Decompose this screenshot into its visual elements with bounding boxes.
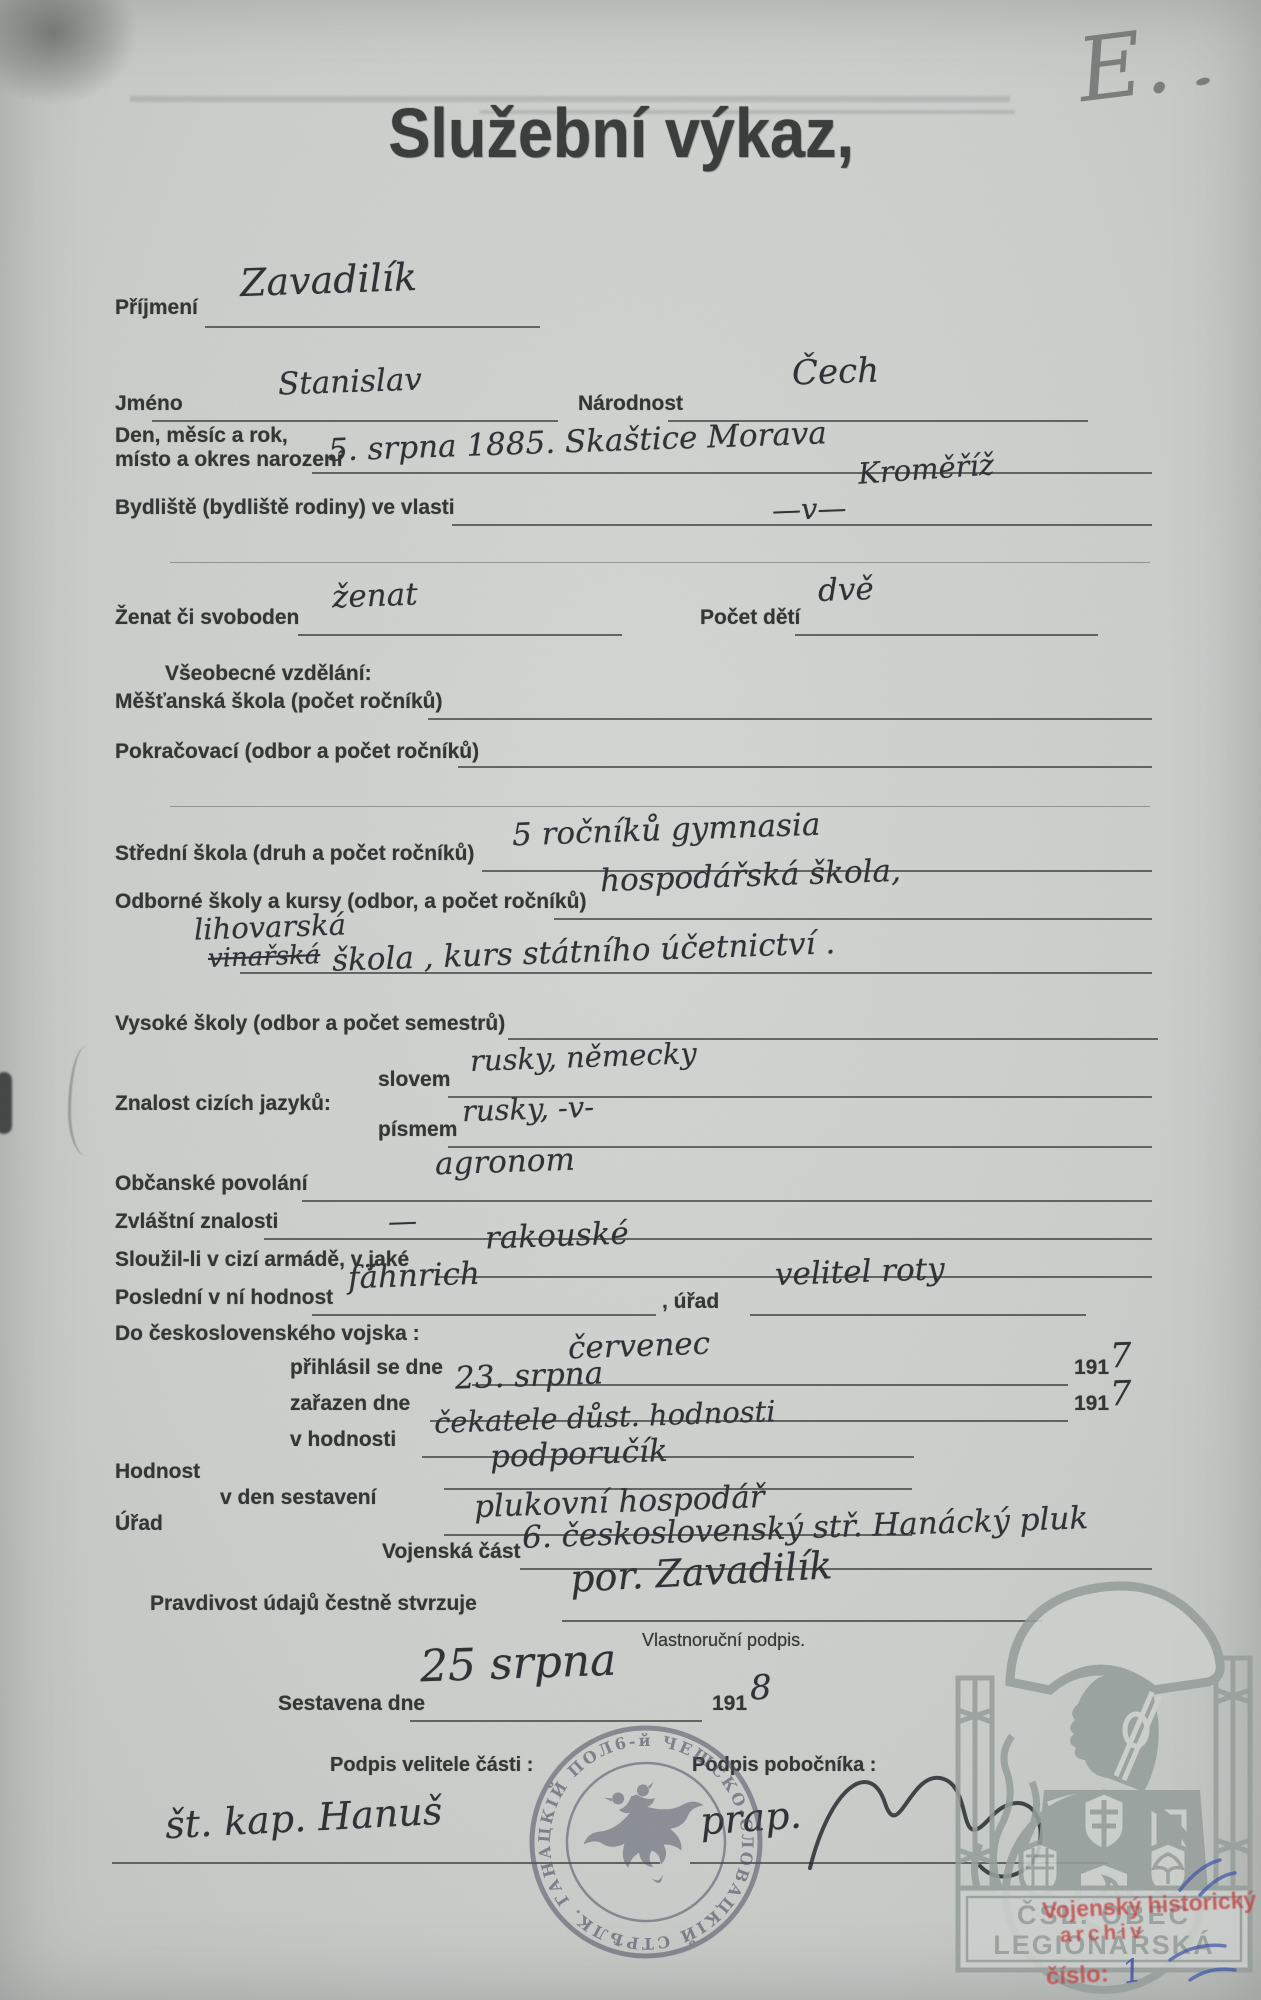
binding-mark bbox=[0, 1072, 12, 1134]
printed-year-prefix: 191 bbox=[1074, 1356, 1109, 1380]
field-label-v-den-sestaveni: v den sestavení bbox=[220, 1486, 376, 1510]
pencil-scratch-mark bbox=[68, 1046, 105, 1156]
pencil-period bbox=[1195, 76, 1210, 86]
blue-pen-marks bbox=[1150, 1830, 1260, 2000]
field-line-narozeni bbox=[312, 472, 1152, 474]
scanned-service-record-page: E. Služební výkaz, Příjmení Zavadilík Jm… bbox=[0, 0, 1261, 2000]
printed-year-prefix: 191 bbox=[1074, 1392, 1109, 1416]
handwritten-prijmeni: Zavadilík bbox=[239, 255, 417, 305]
field-label-vysoke: Vysoké školy (odbor a počet semestrů) bbox=[115, 1012, 505, 1036]
field-line-pokracovaci bbox=[458, 766, 1152, 768]
label-vlastnorucni-podpis: Vlastnoruční podpis. bbox=[642, 1630, 805, 1651]
field-line-posledni-hodnost bbox=[312, 1314, 656, 1316]
field-label-prihlasil: přihlásil se dne bbox=[290, 1356, 443, 1380]
handwritten-sestavena-datum: 25 srpna bbox=[419, 1635, 617, 1693]
handwritten-zenat: ženat bbox=[331, 577, 418, 616]
handwritten-v-hodnosti: čekatele důst. hodnosti bbox=[434, 1394, 777, 1440]
field-label-zvlastni: Zvláštní znalosti bbox=[115, 1210, 278, 1234]
ruled-line bbox=[170, 806, 1150, 807]
field-line-urad-inline bbox=[750, 1314, 1086, 1316]
field-label-znalost: Znalost cizích jazyků: bbox=[115, 1092, 331, 1116]
field-line-odborne bbox=[554, 918, 1152, 920]
field-label-vojenska-cast: Vojenská část bbox=[382, 1540, 521, 1564]
handwritten-odborne-1: hospodářská škola, bbox=[599, 853, 901, 899]
red-archive-stamp-cislo-label: číslo: bbox=[1045, 1960, 1109, 1991]
field-label-slovem: slovem bbox=[378, 1068, 450, 1092]
handwritten-urad-v-armade: velitel roty bbox=[774, 1251, 945, 1293]
corner-smudge-mark bbox=[0, 0, 136, 104]
handwritten-stredni: 5 ročníků gymnasia bbox=[511, 807, 820, 854]
handwritten-narodnost: Čech bbox=[791, 350, 879, 393]
field-line-povolani bbox=[302, 1200, 1152, 1202]
field-label-urad: Úřad bbox=[115, 1512, 163, 1536]
field-label-stredni: Střední škola (druh a počet ročníků) bbox=[115, 842, 474, 866]
field-label-urad-inline: , úřad bbox=[662, 1290, 719, 1314]
field-label-posledni-hodnost: Poslední v ní hodnost bbox=[115, 1286, 333, 1310]
handwritten-jmeno: Stanislav bbox=[277, 362, 422, 403]
pencil-archive-mark: E. bbox=[1072, 9, 1176, 122]
handwritten-year-digit: 8 bbox=[749, 1668, 772, 1709]
ruled-line bbox=[170, 562, 1150, 563]
section-label-do-vojska: Do československého vojska : bbox=[115, 1322, 420, 1346]
handwritten-posledni-hodnost: fähnrich bbox=[347, 1256, 480, 1297]
handwritten-povolani: agronom bbox=[434, 1142, 575, 1183]
section-label-vseobecne: Všeobecné vzdělání: bbox=[165, 662, 372, 686]
field-label-mestanska: Měšťanská škola (počet ročníků) bbox=[115, 690, 443, 714]
handwritten-commander-signature: št. kap. Hanuš bbox=[164, 1789, 443, 1847]
handwritten-narozeni: 5. srpna 1885. Skaštice Morava bbox=[328, 415, 828, 468]
field-label-narodnost: Národnost bbox=[578, 392, 683, 416]
field-label-odborne: Odborné školy a kursy (odbor, a počet ro… bbox=[115, 890, 586, 914]
field-label-pokracovaci: Pokračovací (odbor a počet ročníků) bbox=[115, 740, 479, 764]
regimental-round-stamp: 6-й ЧЕШСКО-СЛОВАЦКІЙ СТРѢЛК. ГАНАЦКІЙ ПО… bbox=[487, 1683, 805, 2000]
field-line-zenat bbox=[298, 634, 622, 636]
field-label-v-hodnosti: v hodnosti bbox=[290, 1428, 396, 1452]
handwritten-cizi-armada: rakouské bbox=[484, 1216, 629, 1257]
field-label-povolani: Občanské povolání bbox=[115, 1172, 308, 1196]
handwritten-hodnost: podporučík bbox=[489, 1433, 668, 1475]
page-title: Služební výkaz, bbox=[388, 94, 854, 173]
field-label-zarazen: zařazen dne bbox=[290, 1392, 410, 1416]
handwritten-okres: Kroměříž bbox=[857, 447, 995, 490]
field-label-pismem: písmem bbox=[378, 1118, 457, 1142]
field-line-prijmeni bbox=[205, 326, 540, 328]
field-line-odborne-2 bbox=[240, 972, 1152, 974]
field-label-hodnost: Hodnost bbox=[115, 1460, 200, 1484]
handwritten-zvlastni-dash: — bbox=[387, 1204, 417, 1239]
field-line-pocet-deti bbox=[795, 634, 1098, 636]
field-line-zvlastni bbox=[264, 1238, 1152, 1240]
field-label-narozeni-2: místo a okres narození bbox=[115, 448, 343, 472]
field-line-mestanska bbox=[428, 718, 1152, 720]
field-line-jmeno bbox=[152, 420, 558, 422]
handwritten-pocet-deti: dvě bbox=[817, 571, 874, 609]
field-label-jmeno: Jméno bbox=[115, 392, 183, 416]
handwritten-odborne-2: škola , kurs státního účetnictví . bbox=[332, 925, 836, 979]
field-label-pocet-deti: Počet dětí bbox=[700, 606, 800, 630]
handwritten-zarazen: 23. srpna bbox=[454, 1355, 603, 1396]
field-label-narozeni-1: Den, měsíc a rok, bbox=[115, 424, 288, 448]
field-label-pravdivost: Pravdivost údajů čestně stvrzuje bbox=[150, 1592, 477, 1616]
handwritten-bydliste-ditto: —v— bbox=[771, 491, 847, 528]
handwritten-year-digit: 7 bbox=[1109, 1336, 1132, 1377]
handwritten-year-digit: 7 bbox=[1109, 1374, 1132, 1415]
handwritten-pismem: rusky, -v- bbox=[461, 1090, 594, 1129]
field-label-sestavena: Sestavena dne bbox=[278, 1692, 425, 1716]
field-label-bydliste: Bydliště (bydliště rodiny) ve vlasti bbox=[115, 496, 455, 520]
double-headed-eagle-icon bbox=[572, 1768, 722, 1901]
handwritten-odborne-insert: lihovarská bbox=[193, 907, 346, 946]
red-archive-stamp-line2: archiv bbox=[1059, 1920, 1146, 1948]
handwritten-odborne-struck: vinařská bbox=[208, 940, 321, 974]
handwritten-slovem: rusky, německy bbox=[469, 1036, 697, 1078]
field-label-zenat: Ženat či svoboden bbox=[115, 606, 299, 630]
field-label-prijmeni: Příjmení bbox=[115, 296, 198, 320]
